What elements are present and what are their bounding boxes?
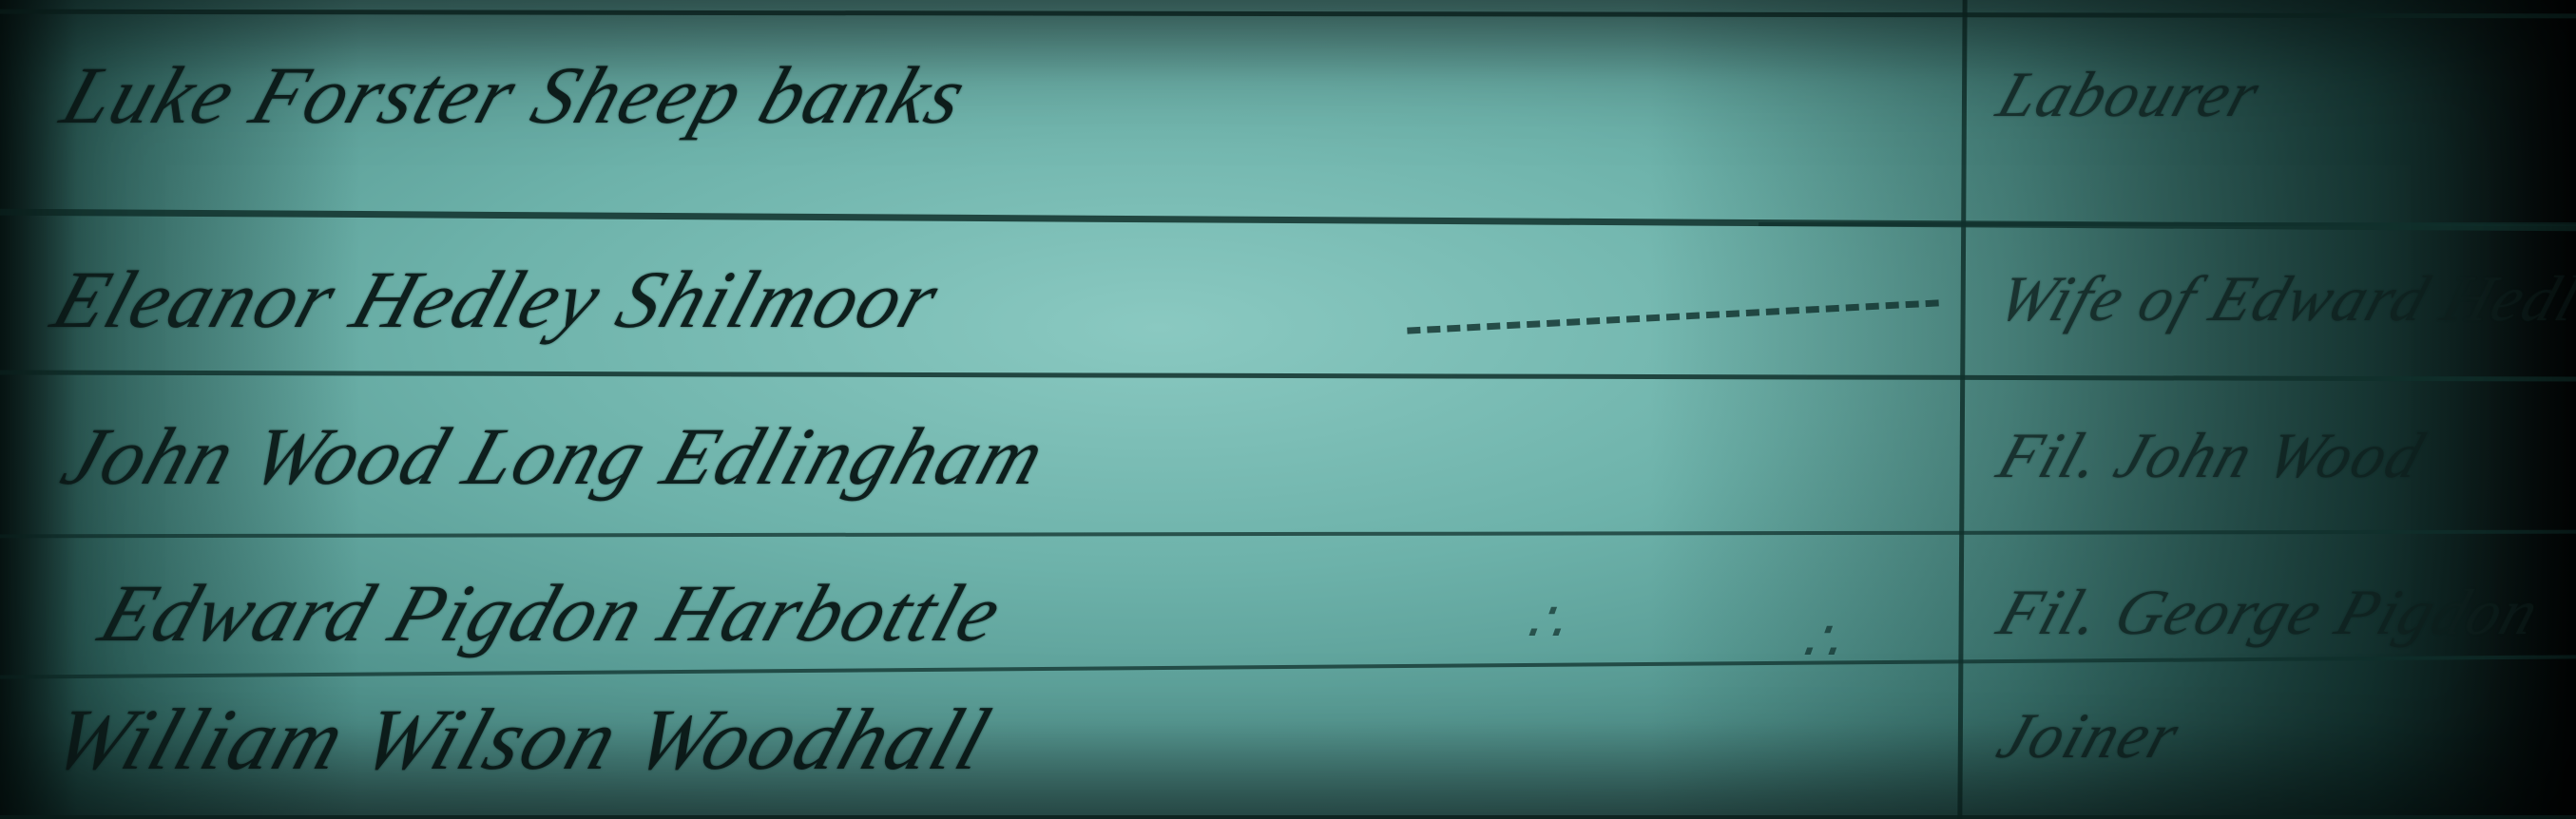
entry-occupation: Labourer <box>1989 57 2270 132</box>
entry-occupation: Wife of Edward Hedley <box>1989 261 2576 336</box>
register-entry: John Wood Long Edlingham Fil. John Wood <box>0 390 2576 542</box>
entry-occupation: Fil. John Wood <box>1989 418 2434 493</box>
entry-name-place: Luke Forster Sheep banks <box>51 48 979 143</box>
register-entry: Luke Forster Sheep banks Labourer <box>0 29 2576 181</box>
entry-occupation: Fil. George Pigdon <box>1989 575 2549 650</box>
register-entry: Eleanor Hedley Shilmoor Wife of Edward H… <box>0 233 2576 385</box>
ruled-line <box>0 10 2576 19</box>
entry-name-place: Edward Pigdon Harbottle <box>89 565 1015 660</box>
ruled-line <box>0 209 2576 232</box>
entry-name-place: John Wood Long Edlingham <box>51 409 1058 504</box>
ruled-line <box>1759 222 2576 226</box>
entry-occupation: Joiner <box>1989 698 2189 773</box>
register-entry: William Wilson Woodhall Joiner <box>0 670 2576 819</box>
register-page: Luke Forster Sheep banks Labourer Eleano… <box>0 0 2576 819</box>
entry-name-place: William Wilson Woodhall <box>41 689 1003 790</box>
entry-name-place: Eleanor Hedley Shilmoor <box>42 252 952 347</box>
